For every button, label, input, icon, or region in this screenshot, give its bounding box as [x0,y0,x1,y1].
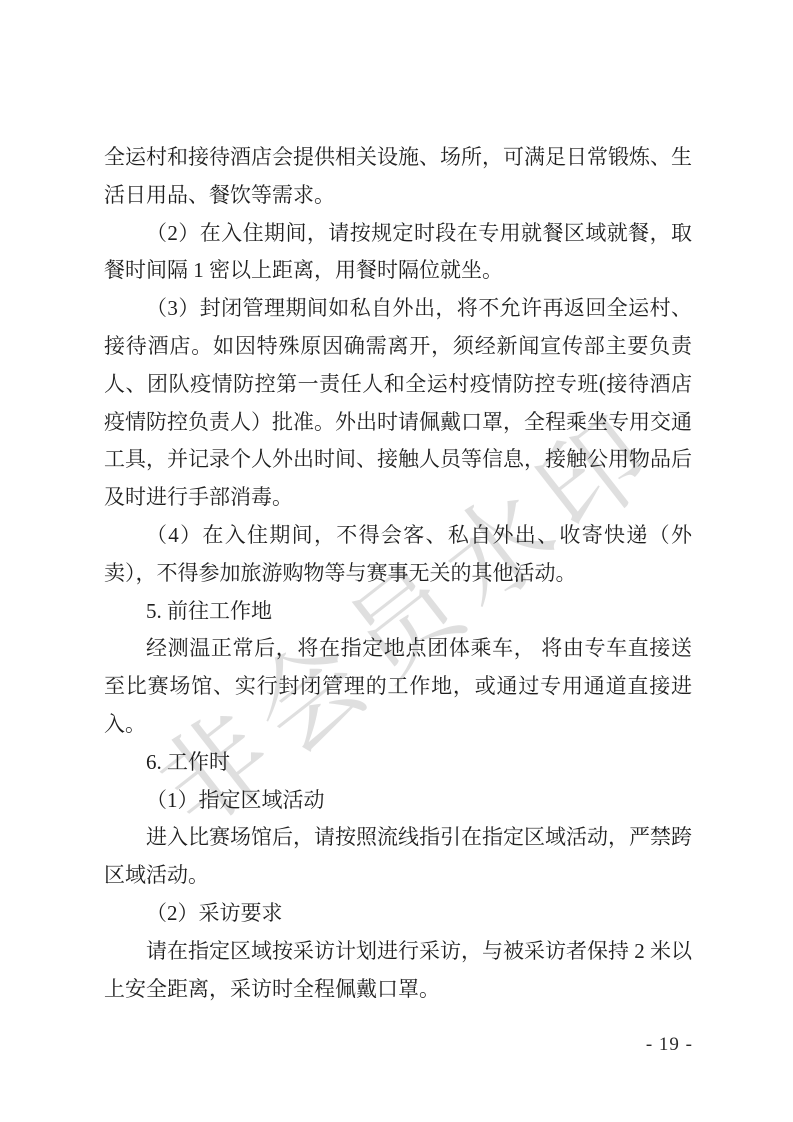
paragraph: 请在指定区域按采访计划进行采访，与被采访者保持 2 米以上安全距离，采访时全程佩… [104,933,692,1009]
paragraph: 进入比赛场馆后，请按照流线指引在指定区域活动，严禁跨区域活动。 [104,819,692,895]
paragraph: （4）在入住期间，不得会客、私自外出、收寄快递（外卖），不得参加旅游购物等与赛事… [104,517,692,593]
paragraph: （2）采访要求 [104,895,692,933]
paragraph: （2）在入住期间，请按规定时段在专用就餐区域就餐，取餐时间隔 1 密以上距离，用… [104,215,692,291]
paragraph: （3）封闭管理期间如私自外出，将不允许再返回全运村、接待酒店。如因特殊原因确需离… [104,290,692,517]
paragraph: 6. 工作时 [104,744,692,782]
paragraph: 经测温正常后，将在指定地点团体乘车， 将由专车直接送至比赛场馆、实行封闭管理的工… [104,630,692,743]
paragraph: 全运村和接待酒店会提供相关设施、场所，可满足日常锻炼、生活日用品、餐饮等需求。 [104,139,692,215]
document-body: 全运村和接待酒店会提供相关设施、场所，可满足日常锻炼、生活日用品、餐饮等需求。（… [104,139,692,1008]
page-number: - 19 - [646,1034,693,1056]
paragraph: 5. 前往工作地 [104,593,692,631]
paragraph: （1）指定区域活动 [104,782,692,820]
document-page: 非会员水印 全运村和接待酒店会提供相关设施、场所，可满足日常锻炼、生活日用品、餐… [0,0,793,1122]
